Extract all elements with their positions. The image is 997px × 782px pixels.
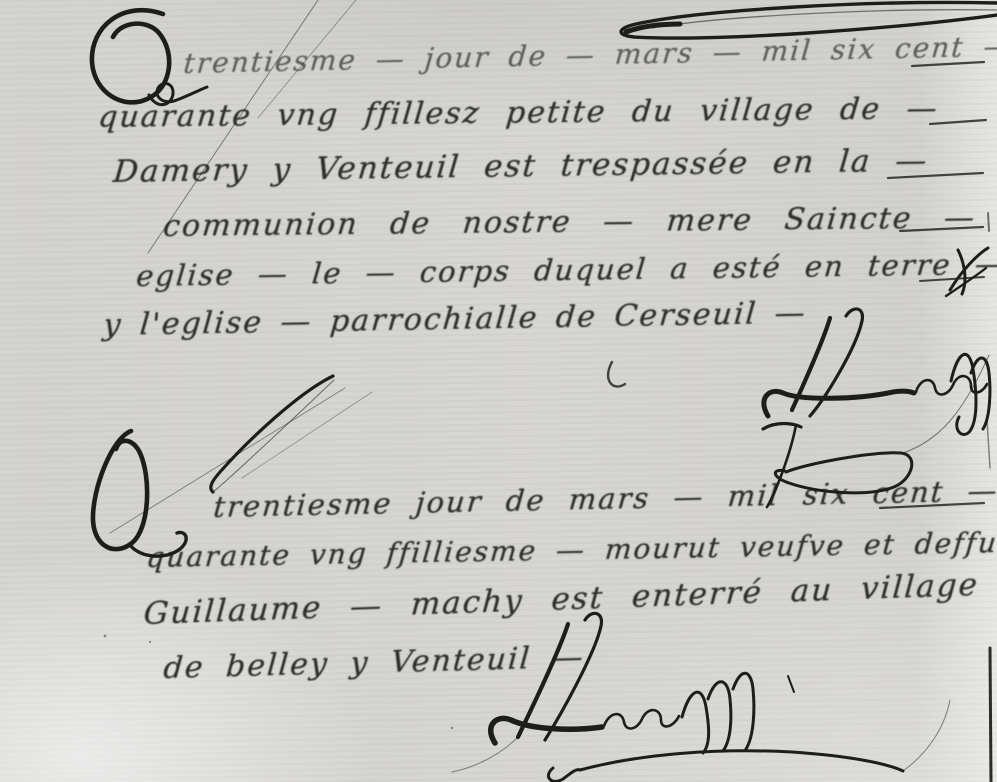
entry1-line3: Damery y Venteuil est trespassée en la —	[112, 143, 930, 190]
entry2-line1: trentiesme jour de mars — mil six cent —	[212, 474, 997, 525]
signature-2	[452, 613, 950, 781]
entry2-line3: Guillaume — machy est enterré au village	[142, 567, 980, 632]
entry1-line5: eglise — le — corps duquel a esté en ter…	[135, 247, 997, 293]
line-filler-dashes	[880, 62, 986, 508]
entry1-line1: trentiesme — jour de — mars — mil six ce…	[182, 30, 997, 80]
interline-loop-flourish	[211, 362, 625, 492]
entry2-line4: de belley y Venteuil —	[162, 640, 586, 686]
hairline-flourish-tail	[242, 392, 372, 478]
entry2-initial	[93, 431, 186, 556]
manuscript-page: trentiesme — jour de — mars — mil six ce…	[0, 0, 997, 782]
entry1-line6: y l'eglise — parrochialle de Cerseuil —	[102, 296, 808, 343]
entry1-line4: communion de nostre — mere Saincte —	[162, 200, 978, 244]
entry1-line2: quarante vng ffillesz petite du village …	[97, 91, 941, 135]
entry2-line2: quarante vng ffilliesme — mourut veufve …	[145, 525, 997, 574]
